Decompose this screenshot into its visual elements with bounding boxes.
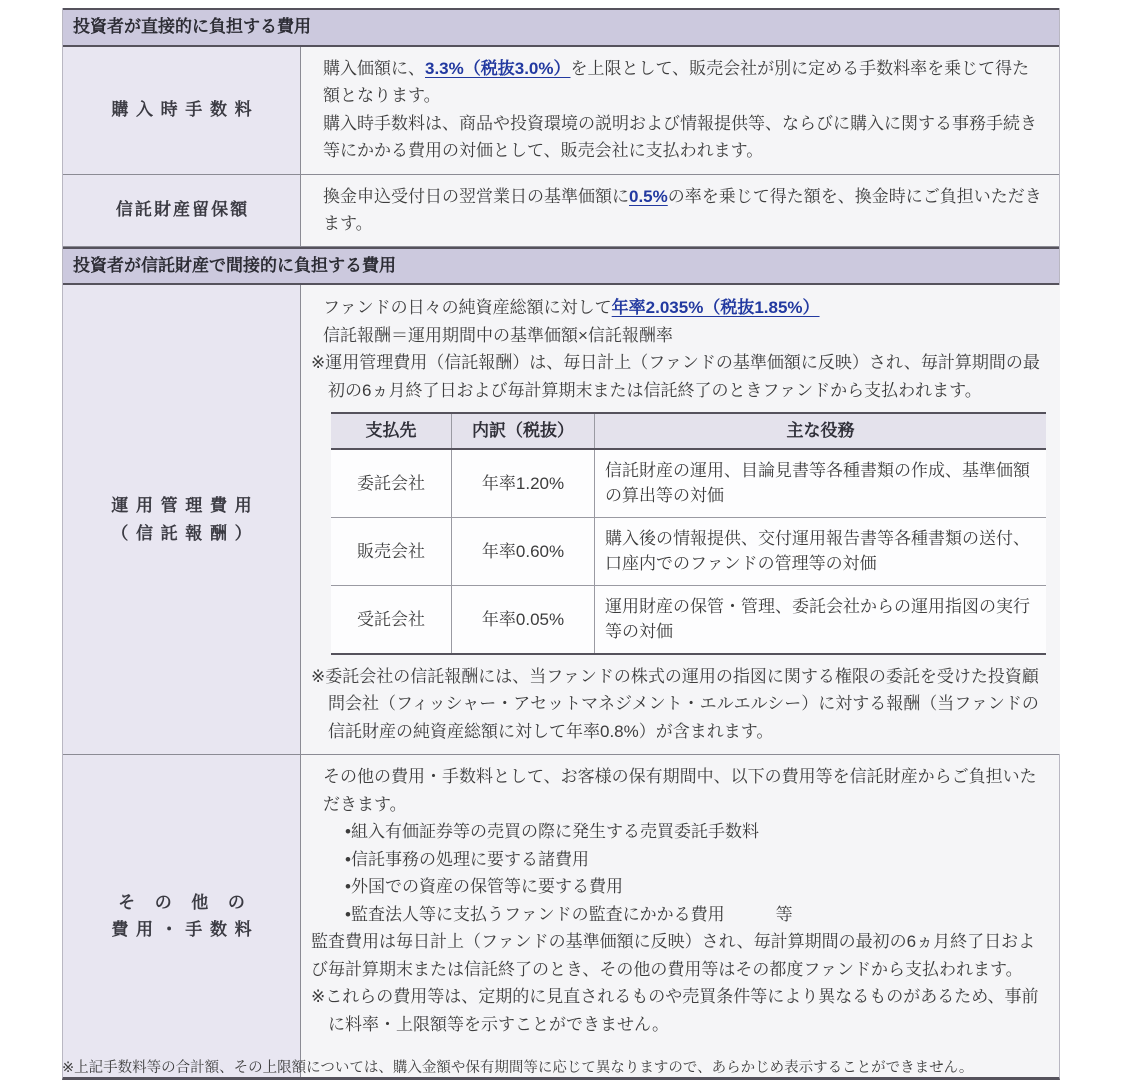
management-fee-note-1: ※運用管理費用（信託報酬）は、毎日計上（ファンドの基準価額に反映）され、毎計算期… [311,349,1046,404]
table-footnote: ※上記手数料等の合計額、その上限額については、購入金額や保有期間等に応じて異なり… [62,1058,1072,1080]
cell-role: 信託財産の運用、目論見書等各種書類の作成、基準価額の算出等の対価 [595,449,1047,518]
row-label-text: 購入時手数料 [111,96,259,124]
fee-breakdown-table: 支払先 内訳（税抜） 主な役務 委託会社 年率1.20% 信託財産の運用、目論見… [331,412,1046,655]
table-row-trustee: 受託会社 年率0.05% 運用財産の保管・管理、委託会社からの運用指図の実行等の… [331,585,1046,654]
cell-payee: 受託会社 [331,585,452,654]
text-segment: 購入価額に、 [323,59,425,78]
text-segment: 換金申込受付日の翌営業日の基準価額に [323,187,629,206]
purchase-fee-paragraph-2: 購入時手数料は、商品や投資環境の説明および情報提供等、ならびに購入に関する事務手… [323,110,1045,165]
retention-rate-highlight: 0.5% [629,187,668,206]
row-label-purchase-fee: 購入時手数料 [63,47,301,174]
column-header-payee: 支払先 [331,413,452,449]
column-header-rate: 内訳（税抜） [452,413,595,449]
cell-payee: 販売会社 [331,517,452,585]
row-content-purchase-fee: 購入価額に、3.3%（税抜3.0%）を上限として、販売会社が別に定める手数料率を… [301,47,1059,174]
fee-breakdown-table-header: 支払先 内訳（税抜） 主な役務 [331,413,1046,449]
table-row-distributor: 販売会社 年率0.60% 購入後の情報提供、交付運用報告書等各種書類の送付、口座… [331,517,1046,585]
cell-role: 運用財産の保管・管理、委託会社からの運用指図の実行等の対価 [595,585,1047,654]
fee-breakdown-table-body: 委託会社 年率1.20% 信託財産の運用、目論見書等各種書類の作成、基準価額の算… [331,449,1046,654]
fee-table: 投資者が直接的に負担する費用 購入時手数料 購入価額に、3.3%（税抜3.0%）… [62,8,1060,1080]
cell-rate: 年率1.20% [452,449,595,518]
other-fees-paragraph-1: その他の費用・手数料として、お客様の保有期間中、以下の費用等を信託財産からご負担… [323,763,1045,818]
table-row-purchase-fee: 購入時手数料 購入価額に、3.3%（税抜3.0%）を上限として、販売会社が別に定… [63,47,1059,175]
table-row-trustor: 委託会社 年率1.20% 信託財産の運用、目論見書等各種書類の作成、基準価額の算… [331,449,1046,518]
fund-fee-document: { "colors": { "section_header_bg": "#ccc… [0,0,1130,1085]
row-label-text-line2: （信託報酬） [111,520,259,548]
row-label-text-line1: 運用管理費用 [111,492,259,520]
row-content-management-fee: ファンドの日々の純資産総額に対して年率2.035%（税抜1.85%） 信託報酬＝… [301,285,1060,754]
table-row-other-fees: その他の 費用・手数料 その他の費用・手数料として、お客様の保有期間中、以下の費… [63,755,1059,1077]
other-fees-bullet-1: •組入有価証券等の売買の際に発生する売買委託手数料 [345,818,1045,846]
management-fee-formula: 信託報酬＝運用期間中の基準価額×信託報酬率 [323,322,1046,350]
section-header-direct-costs: 投資者が直接的に負担する費用 [63,8,1059,47]
cell-payee: 委託会社 [331,449,452,518]
table-header-row: 支払先 内訳（税抜） 主な役務 [331,413,1046,449]
cell-role: 購入後の情報提供、交付運用報告書等各種書類の送付、口座内でのファンドの管理等の対… [595,517,1047,585]
purchase-fee-rate-highlight: 3.3%（税抜3.0%） [425,59,571,78]
other-fees-bullet-2: •信託事務の処理に要する諸費用 [345,846,1045,874]
management-fee-paragraph-1: ファンドの日々の純資産総額に対して年率2.035%（税抜1.85%） [323,294,1046,322]
section-header-indirect-costs: 投資者が信託財産で間接的に負担する費用 [63,247,1059,286]
cell-rate: 年率0.60% [452,517,595,585]
management-fee-rate-highlight: 年率2.035%（税抜1.85%） [612,298,820,317]
row-label-text-line1: その他の [118,889,264,917]
column-header-role: 主な役務 [595,413,1047,449]
row-label-text-line2: 費用・手数料 [111,916,259,944]
table-row-management-fee: 運用管理費用 （信託報酬） ファンドの日々の純資産総額に対して年率2.035%（… [63,285,1059,755]
row-label-other-fees: その他の 費用・手数料 [63,755,301,1077]
row-content-other-fees: その他の費用・手数料として、お客様の保有期間中、以下の費用等を信託財産からご負担… [301,755,1059,1077]
cell-rate: 年率0.05% [452,585,595,654]
purchase-fee-paragraph-1: 購入価額に、3.3%（税抜3.0%）を上限として、販売会社が別に定める手数料率を… [323,55,1045,110]
other-fees-bullet-3: •外国での資産の保管等に要する費用 [345,873,1045,901]
row-label-retention: 信託財産留保額 [63,175,301,246]
other-fees-bullet-4: •監査法人等に支払うファンドの監査にかかる費用 等 [345,901,1045,929]
management-fee-note-2: ※委託会社の信託報酬には、当ファンドの株式の運用の指図に関する権限の委託を受けた… [311,663,1046,746]
text-segment: ファンドの日々の純資産総額に対して [323,298,612,317]
row-label-text: 信託財産留保額 [116,196,249,224]
table-row-retention: 信託財産留保額 換金申込受付日の翌営業日の基準価額に0.5%の率を乗じて得た額を… [63,175,1059,247]
other-fees-note: ※これらの費用等は、定期的に見直されるものや売買条件等により異なるものがあるため… [311,983,1045,1038]
other-fees-paragraph-2: 監査費用は毎日計上（ファンドの基準価額に反映）され、毎計算期間の最初の6ヵ月終了… [311,928,1045,983]
row-content-retention: 換金申込受付日の翌営業日の基準価額に0.5%の率を乗じて得た額を、換金時にご負担… [301,175,1059,246]
row-label-management-fee: 運用管理費用 （信託報酬） [63,285,301,754]
retention-paragraph: 換金申込受付日の翌営業日の基準価額に0.5%の率を乗じて得た額を、換金時にご負担… [323,183,1045,238]
